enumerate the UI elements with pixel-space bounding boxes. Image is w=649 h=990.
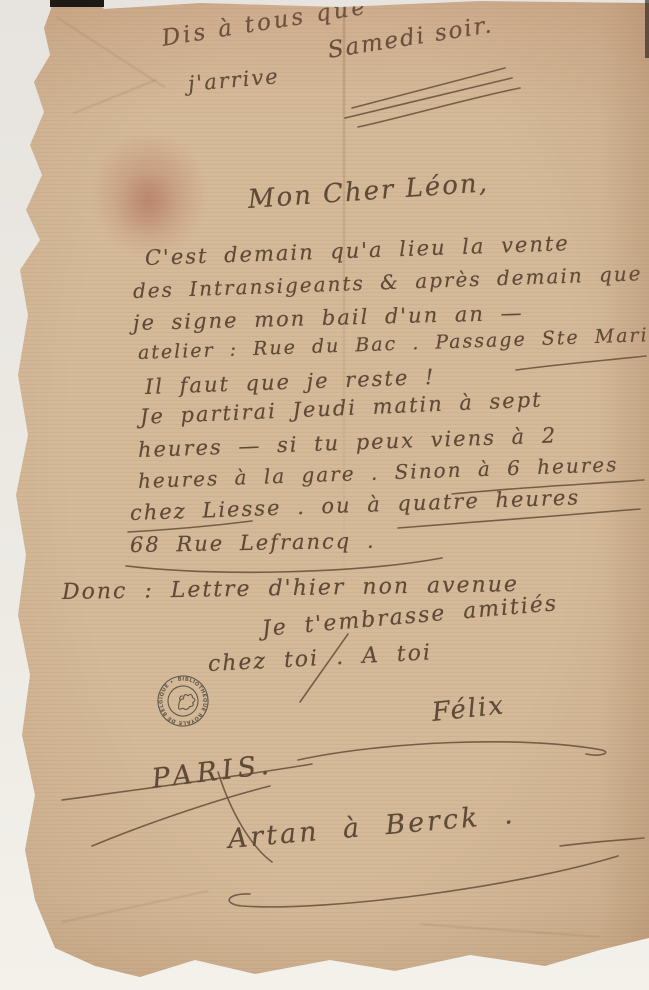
- body-line: heures à la gare . Sinon à 6 heures: [138, 452, 619, 493]
- body-line: heures — si tu peux viens à 2: [138, 423, 558, 462]
- flourish-stroke: [218, 772, 272, 862]
- underline-stroke: [452, 480, 644, 494]
- flourish-stroke: [300, 634, 348, 702]
- library-stamp: BIBLIOTHÈQUE ROYALE DE BELGIQUE •: [150, 668, 215, 733]
- paper-crease: [62, 890, 209, 922]
- scan-background: Dis à tous que j'arrive Samedi soir. Mon…: [0, 0, 649, 990]
- underline-stroke: [358, 88, 520, 127]
- fold-crease-vertical: [343, 0, 345, 580]
- footer-city: PARIS.: [150, 749, 275, 795]
- salutation: Mon Cher Léon,: [247, 168, 490, 215]
- letter-paper: Dis à tous que j'arrive Samedi soir. Mon…: [0, 0, 649, 990]
- stamp-text: BIBLIOTHÈQUE ROYALE DE BELGIQUE •: [153, 671, 214, 731]
- paper-stain-core: [118, 170, 178, 236]
- paper-crease: [420, 924, 600, 938]
- paper-stain: [92, 132, 207, 257]
- postscript-line: Donc : Lettre d'hier non avenue: [62, 572, 519, 605]
- flourish-stroke: [62, 764, 312, 800]
- paper-crease: [56, 17, 166, 89]
- body-line: C'est demain qu'a lieu la vente: [145, 231, 571, 270]
- body-line: chez Liesse . ou à quatre heures: [130, 485, 581, 525]
- paper-crease: [73, 79, 157, 114]
- underline-stroke: [128, 521, 252, 532]
- body-line: Je partirai Jeudi matin à sept: [139, 387, 543, 429]
- body-line: des Intransigeants & après demain que: [133, 261, 643, 303]
- underline-stroke: [345, 78, 512, 118]
- body-line: 68 Rue Lefrancq .: [130, 529, 376, 557]
- header-note-line1: Dis à tous que: [160, 0, 370, 52]
- underline-stroke: [398, 509, 640, 528]
- underline-stroke: [352, 68, 505, 108]
- closing-line2: chez toi . A toi: [207, 640, 432, 677]
- header-date-note: Samedi soir.: [326, 12, 495, 64]
- footer-addressee-note: Artan à Berck .: [227, 799, 517, 855]
- underline-stroke: [516, 356, 646, 370]
- ink-flourishes: [0, 0, 649, 990]
- signature: Félix: [430, 690, 506, 727]
- stamp-ring-inner: [165, 683, 201, 719]
- flourish-stroke: [92, 786, 270, 846]
- scanner-dark-edge: [645, 0, 649, 58]
- body-line: je signe mon bail d'un an —: [133, 301, 524, 335]
- stamp-ring-outer: [153, 671, 214, 732]
- underline-stroke: [126, 558, 442, 572]
- closing-line1: Je t'embrasse amitiés: [261, 591, 559, 642]
- body-line: atelier : Rue du Bac . Passage Ste Marie…: [138, 323, 649, 364]
- flourish-stroke: [298, 742, 606, 760]
- body-line: Il faut que je reste !: [145, 365, 436, 399]
- flourish-stroke: [229, 856, 618, 907]
- flourish-stroke: [560, 838, 644, 846]
- scanner-dark-notch: [50, 0, 104, 7]
- stamp-lion-emblem: [176, 693, 197, 711]
- header-note-line2: j'arrive: [187, 64, 281, 96]
